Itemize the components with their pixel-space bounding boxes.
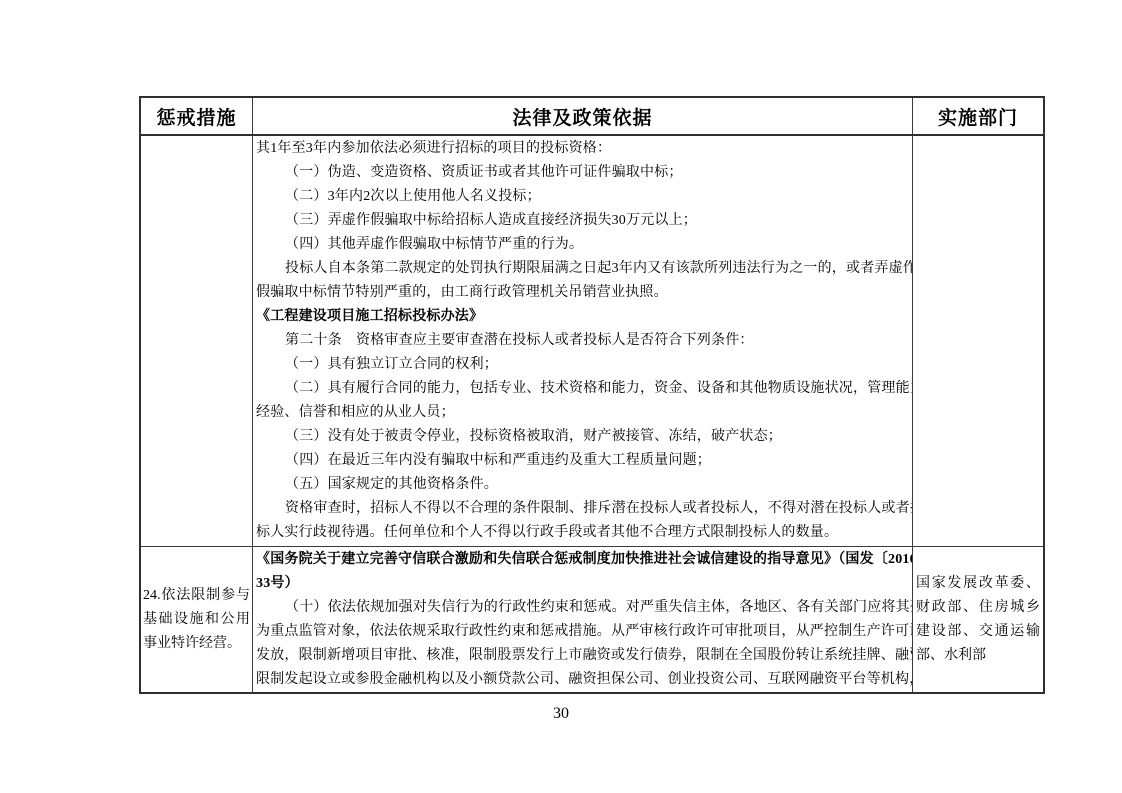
legal-text-line: 经验、信誉和相应的从业人员； — [256, 401, 909, 425]
legal-text-line: （三）弄虚作假骗取中标给招标人造成直接经济损失30万元以上； — [256, 209, 909, 233]
legal-text-line: （四）其他弄虚作假骗取中标情节严重的行为。 — [256, 233, 909, 257]
table-header-row: 惩戒措施 法律及政策依据 实施部门 — [141, 98, 1043, 136]
legal-text-line: 第二十条 资格审查应主要审查潜在投标人或者投标人是否符合下列条件： — [256, 329, 909, 353]
legal-text-line: （十）依法依规加强对失信行为的行政性约束和惩戒。对严重失信主体，各地区、各有关部… — [256, 596, 909, 620]
legal-text-line: （四）在最近三年内没有骗取中标和严重违约及重大工程质量问题； — [256, 449, 909, 473]
legal-text-line: 发放，限制新增项目审批、核准，限制股票发行上市融资或发行债券，限制在全国股份转让… — [256, 644, 909, 668]
col-header-legal-basis: 法律及政策依据 — [253, 98, 913, 134]
legal-text-line: 为重点监管对象，依法依规采取行政性约束和惩戒措施。从严审核行政许可审批项目，从严… — [256, 620, 909, 644]
legal-basis-cell: 《国务院关于建立完善守信联合激励和失信联合惩戒制度加快推进社会诚信建设的指导意见… — [253, 547, 913, 692]
legal-text-line: （一）伪造、变造资格、资质证书或者其他许可证件骗取中标； — [256, 161, 909, 185]
legal-text-line: 《国务院关于建立完善守信联合激励和失信联合惩戒制度加快推进社会诚信建设的指导意见… — [256, 548, 909, 572]
legal-text-line: （三）没有处于被责令停业，投标资格被取消，财产被接管、冻结，破产状态； — [256, 425, 909, 449]
measure-cell — [141, 136, 253, 546]
department-cell: 国家发展改革委、财政部、住房城乡建设部、交通运输部、水利部 — [913, 547, 1043, 692]
legal-text-line: 标人实行歧视待遇。任何单位和个人不得以行政手段或者其他不合理方式限制投标人的数量… — [256, 521, 909, 545]
legal-text-line: （二）3年内2次以上使用他人名义投标； — [256, 185, 909, 209]
legal-text-line: （二）具有履行合同的能力，包括专业、技术资格和能力，资金、设备和其他物质设施状况… — [256, 377, 909, 401]
legal-text-line: （五）国家规定的其他资格条件。 — [256, 473, 909, 497]
col-header-measures: 惩戒措施 — [141, 98, 253, 134]
page-number: 30 — [0, 705, 1122, 723]
department-cell — [913, 136, 1043, 546]
table-row: 其1年至3年内参加依法必须进行招标的项目的投标资格：（一）伪造、变造资格、资质证… — [141, 136, 1043, 547]
legal-basis-cell: 其1年至3年内参加依法必须进行招标的项目的投标资格：（一）伪造、变造资格、资质证… — [253, 136, 913, 546]
policy-table: 惩戒措施 法律及政策依据 实施部门 其1年至3年内参加依法必须进行招标的项目的投… — [139, 96, 1045, 694]
col-header-departments: 实施部门 — [913, 98, 1043, 134]
legal-text-line: （一）具有独立订立合同的权利； — [256, 353, 909, 377]
table-row: 24.依法限制参与基础设施和公用事业特许经营。 《国务院关于建立完善守信联合激励… — [141, 547, 1043, 692]
legal-text-line: 其1年至3年内参加依法必须进行招标的项目的投标资格： — [256, 137, 909, 161]
legal-text-line: 投标人自本条第二款规定的处罚执行期限届满之日起3年内又有该款所列违法行为之一的，… — [256, 257, 909, 281]
legal-text-line: 假骗取中标情节特别严重的，由工商行政管理机关吊销营业执照。 — [256, 281, 909, 305]
measure-cell: 24.依法限制参与基础设施和公用事业特许经营。 — [141, 547, 253, 692]
legal-text-line: 《工程建设项目施工招标投标办法》 — [256, 305, 909, 329]
legal-text-line: 33号） — [256, 572, 909, 596]
legal-text-line: 限制发起设立或参股金融机构以及小额贷款公司、融资担保公司、创业投资公司、互联网融… — [256, 668, 909, 692]
legal-text-line: 资格审查时，招标人不得以不合理的条件限制、排斥潜在投标人或者投标人，不得对潜在投… — [256, 497, 909, 521]
